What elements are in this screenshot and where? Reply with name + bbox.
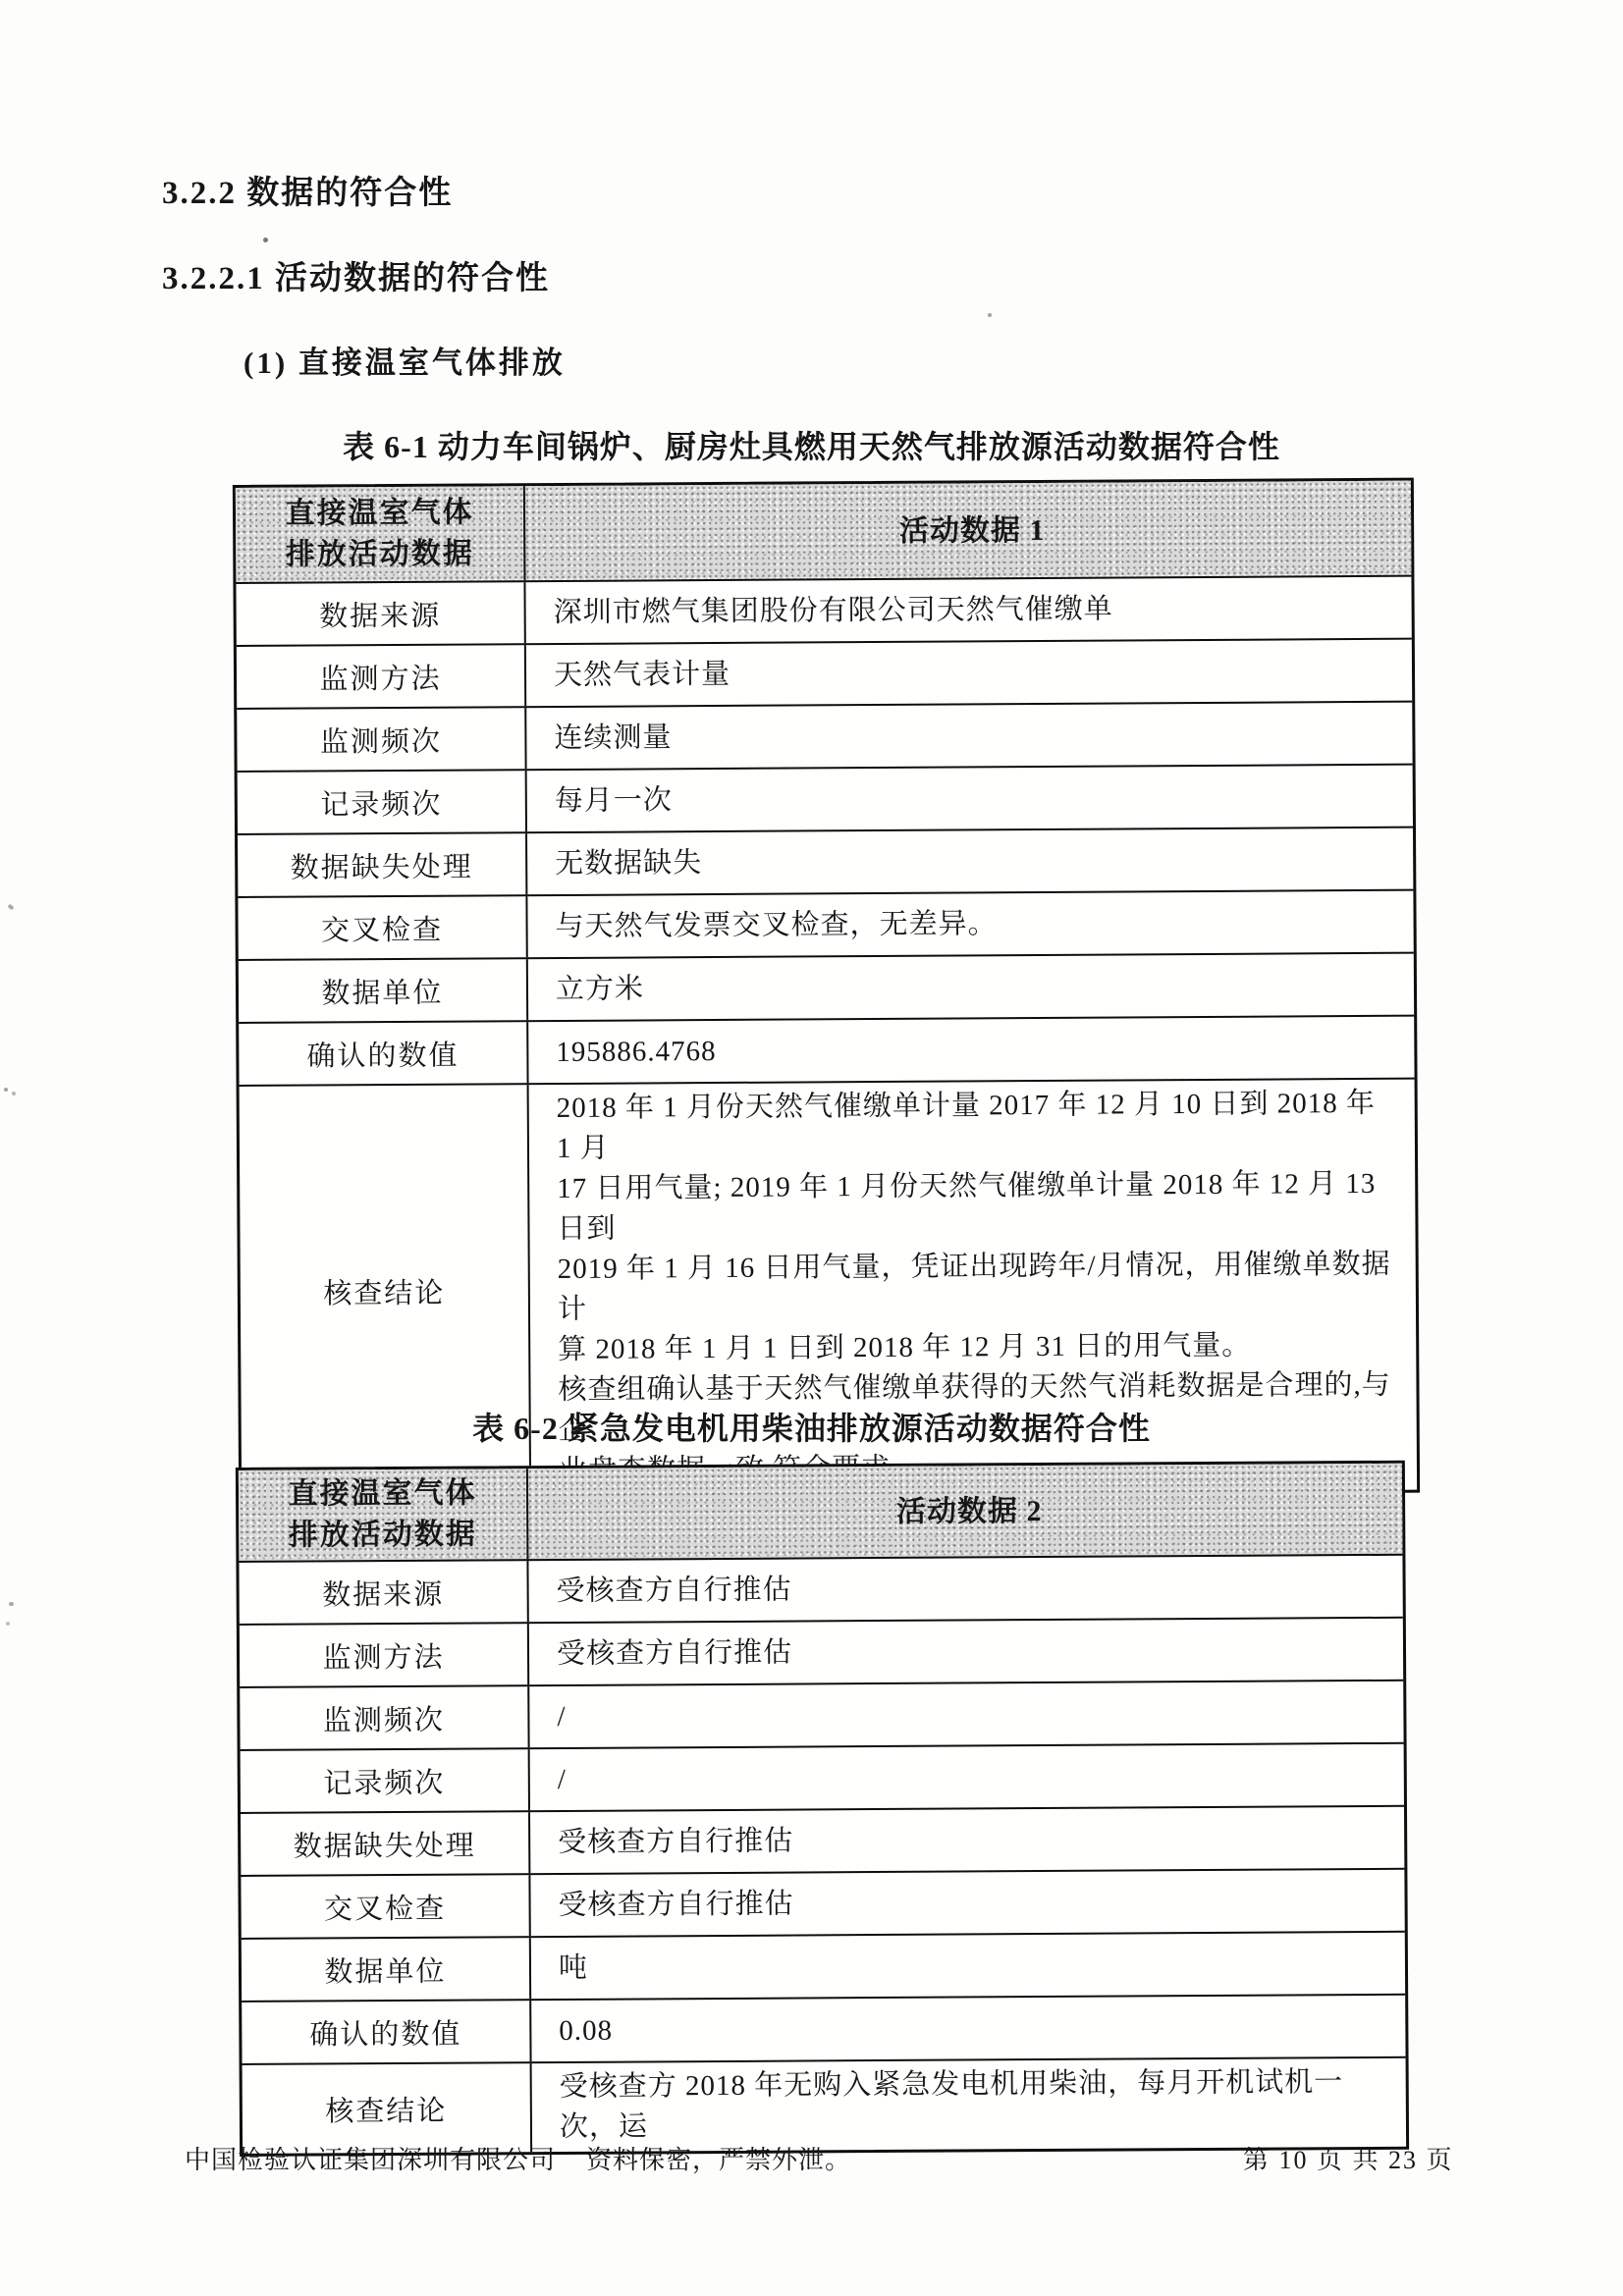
row-value: 与天然气发票交叉检查，无差异。 [527, 891, 1413, 958]
row-label: 数据单位 [239, 959, 528, 1022]
row-label: 记录频次 [241, 1749, 530, 1812]
footer-page-number: 第 10 页 共 23 页 [1243, 2140, 1454, 2176]
footer-confidential-notice: 资料保密，严禁外泄。 [586, 2140, 851, 2176]
table-6-2-title: 表 6-2 紧急发电机用柴油排放源活动数据符合性 [0, 1404, 1623, 1449]
section-heading-322: 3.2.2 数据的符合性 [162, 167, 453, 213]
table-row: 数据单位 立方米 [239, 954, 1414, 1024]
row-label: 记录频次 [238, 771, 527, 833]
table-header-row: 直接温室气体 排放活动数据 活动数据 2 [239, 1464, 1403, 1563]
row-value: 受核查方自行推估 [530, 1807, 1404, 1873]
table-row: 交叉检查 受核查方自行推估 [241, 1870, 1404, 1940]
row-value: / [529, 1682, 1403, 1747]
page-footer: 中国检验认证集团深圳有限公司 资料保密，严禁外泄。 第 10 页 共 23 页 [0, 2140, 1623, 2183]
table-row: 监测方法 天然气表计量 [237, 640, 1412, 710]
scan-artifact [7, 904, 14, 911]
row-label: 交叉检查 [238, 896, 527, 959]
scan-artifact [12, 1092, 16, 1095]
table-6-2: 直接温室气体 排放活动数据 活动数据 2 数据来源 受核查方自行推估 监测方法 … [236, 1461, 1409, 2157]
table-row: 数据缺失处理 无数据缺失 [238, 828, 1413, 898]
scan-artifact [4, 1088, 8, 1092]
row-label: 数据缺失处理 [238, 833, 527, 896]
table-header-label: 直接温室气体 排放活动数据 [236, 486, 526, 582]
row-value: 吨 [531, 1933, 1405, 1999]
row-label: 确认的数值 [239, 1022, 528, 1085]
table-row: 数据来源 受核查方自行推估 [239, 1556, 1402, 1626]
row-value: 195886.4768 [528, 1017, 1414, 1084]
table-6-1-title: 表 6-1 动力车间锅炉、厨房灶具燃用天然气排放源活动数据符合性 [0, 422, 1623, 467]
scan-artifact [6, 1622, 10, 1626]
row-value: 受核查方 2018 年无购入紧急发电机用柴油，每月开机试机一次，运 [532, 2058, 1407, 2152]
table-header-value: 活动数据 1 [525, 481, 1412, 581]
row-label: 监测方法 [240, 1624, 529, 1686]
table-row: 记录频次 每月一次 [238, 766, 1413, 835]
row-value: 无数据缺失 [527, 828, 1413, 895]
row-label: 数据缺失处理 [241, 1812, 530, 1875]
table-header-row: 直接温室气体 排放活动数据 活动数据 1 [236, 481, 1412, 584]
table-row: 确认的数值 0.08 [242, 1996, 1405, 2065]
scan-artifact [988, 313, 992, 317]
table-row: 数据来源 深圳市燃气集团股份有限公司天然气催缴单 [236, 577, 1411, 647]
row-label: 监测频次 [237, 708, 526, 771]
scan-artifact [9, 1602, 14, 1606]
row-value: 深圳市燃气集团股份有限公司天然气催缴单 [525, 577, 1411, 644]
row-label: 监测频次 [240, 1686, 529, 1749]
footer-company-name: 中国检验认证集团深圳有限公司 [185, 2140, 556, 2176]
table-row: 监测频次 连续测量 [237, 703, 1412, 773]
row-value: 受核查方自行推估 [530, 1870, 1404, 1936]
row-value: 受核查方自行推估 [529, 1619, 1403, 1684]
table-row: 监测频次 / [240, 1682, 1403, 1751]
row-label: 监测方法 [237, 645, 526, 708]
table-row: 数据缺失处理 受核查方自行推估 [241, 1807, 1404, 1877]
row-label: 数据来源 [239, 1561, 528, 1624]
table-row: 确认的数值 195886.4768 [239, 1017, 1414, 1087]
subsection-heading-direct-ghg: (1) 直接温室气体排放 [243, 338, 566, 382]
table-row: 监测方法 受核查方自行推估 [240, 1619, 1403, 1688]
table-6-1: 直接温室气体 排放活动数据 活动数据 1 数据来源 深圳市燃气集团股份有限公司天… [233, 478, 1420, 1500]
table-header-value: 活动数据 2 [528, 1464, 1403, 1559]
row-value: 立方米 [528, 954, 1414, 1021]
scan-artifact [263, 238, 268, 242]
row-label: 数据来源 [236, 582, 525, 645]
table-row: 交叉检查 与天然气发票交叉检查，无差异。 [238, 891, 1413, 961]
row-value: 受核查方自行推估 [528, 1556, 1402, 1622]
table-row: 记录频次 / [241, 1744, 1404, 1814]
row-label: 确认的数值 [242, 2001, 531, 2063]
row-value: 连续测量 [526, 703, 1412, 770]
row-value: 天然气表计量 [526, 640, 1412, 707]
row-label: 交叉检查 [241, 1875, 530, 1938]
row-label: 数据单位 [242, 1938, 531, 2001]
table-row: 数据单位 吨 [242, 1933, 1405, 2002]
row-value: 每月一次 [527, 766, 1413, 832]
table-header-label: 直接温室气体 排放活动数据 [239, 1468, 529, 1561]
row-value: / [530, 1744, 1404, 1810]
section-heading-3221: 3.2.2.1 活动数据的符合性 [162, 252, 550, 298]
row-value: 0.08 [531, 1996, 1405, 2061]
document-page: 3.2.2 数据的符合性 3.2.2.1 活动数据的符合性 (1) 直接温室气体… [0, 0, 1623, 2296]
